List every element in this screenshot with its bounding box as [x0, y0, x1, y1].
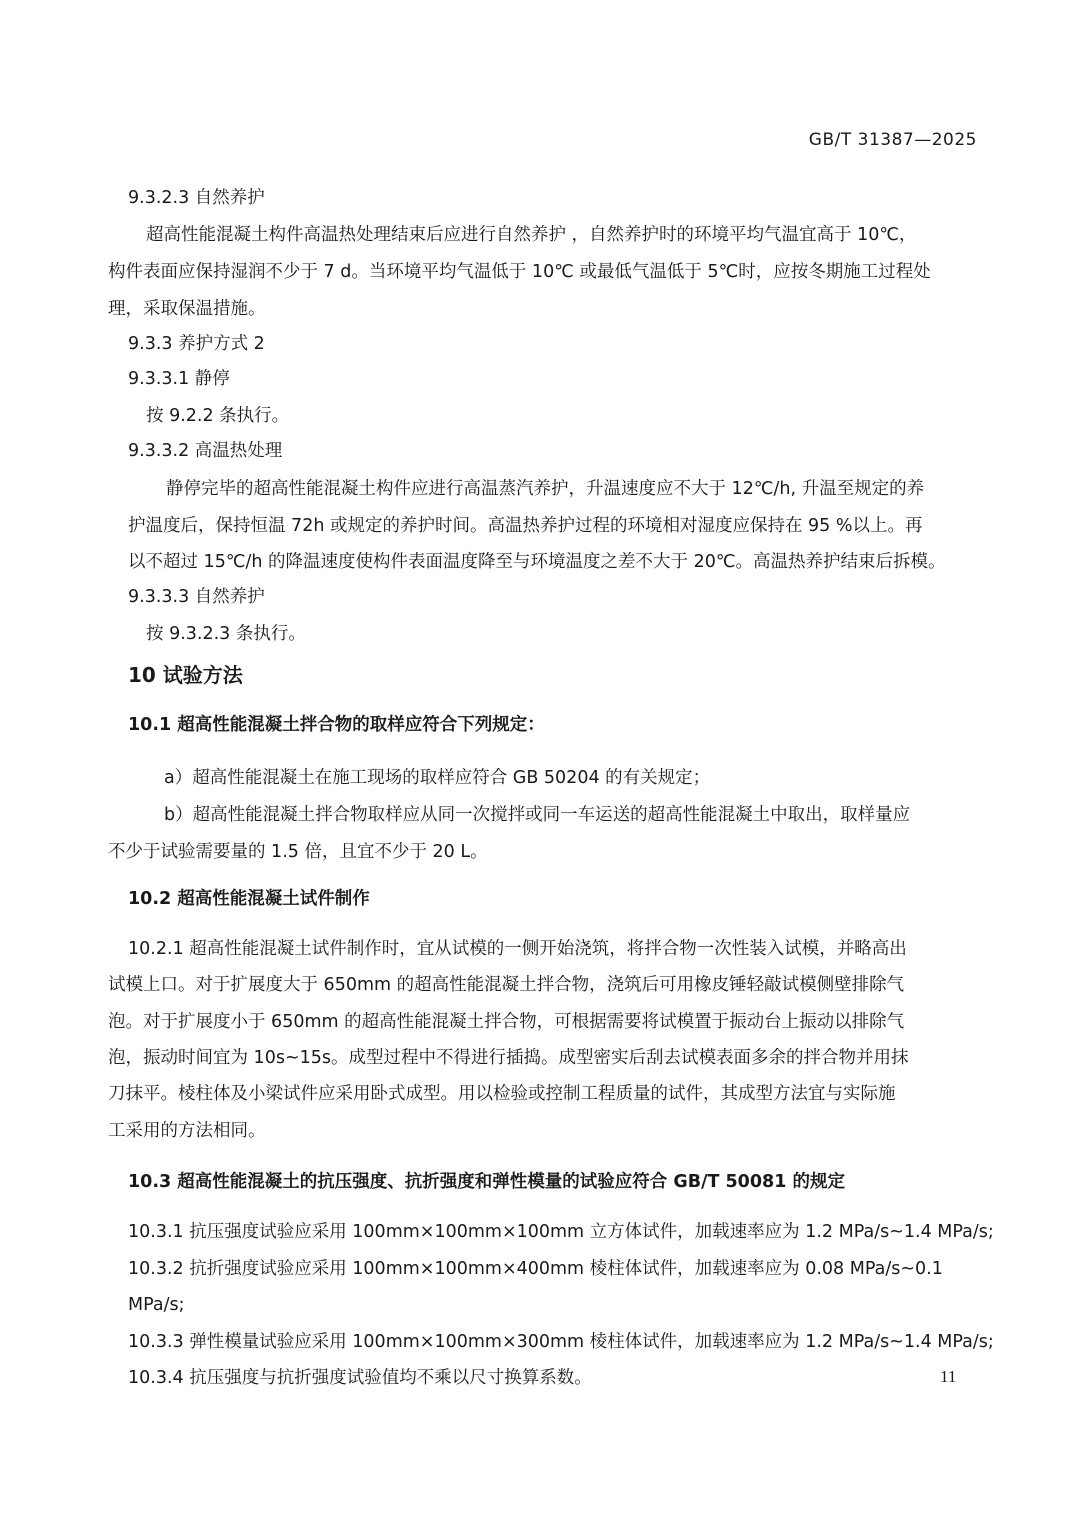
paragraph-line: 泡。对于扩展度小于 650mm 的超高性能混凝土拌合物，可根据需要将试模置于振动…: [108, 1010, 904, 1034]
paragraph-line: MPa/s;: [128, 1293, 185, 1317]
clause-10-3-3: 10.3.3 弹性模量试验应采用 100mm×100mm×300mm 棱柱体试件…: [128, 1330, 994, 1354]
paragraph-line: 构件表面应保持湿润不少于 7 d。当环境平均气温低于 10℃ 或最低气温低于 5…: [108, 260, 931, 284]
heading-9-3-2-3: 9.3.2.3 自然养护: [128, 186, 265, 210]
paragraph-line: 按 9.3.2.3 条执行。: [146, 622, 306, 646]
paragraph-line: 以不超过 15℃/h 的降温速度使构件表面温度降至与环境温度之差不大于 20℃。…: [128, 550, 946, 574]
heading-9-3-3-2: 9.3.3.2 高温热处理: [128, 439, 282, 463]
paragraph-line: 泡，振动时间宜为 10s~15s。成型过程中不得进行插捣。成型密实后刮去试模表面…: [108, 1046, 909, 1070]
chapter-heading-10: 10 试验方法: [128, 663, 243, 687]
clause-10-3-4: 10.3.4 抗压强度与抗折强度试验值均不乘以尺寸换算系数。: [128, 1366, 592, 1390]
paragraph-line: 工采用的方法相同。: [108, 1119, 266, 1143]
clause-10-3-2: 10.3.2 抗折强度试验应采用 100mm×100mm×400mm 棱柱体试件…: [128, 1257, 943, 1281]
paragraph-line: 护温度后，保持恒温 72h 或规定的养护时间。高温热养护过程的环境相对湿度应保持…: [128, 514, 923, 538]
heading-10-2: 10.2 超高性能混凝土试件制作: [128, 887, 370, 911]
paragraph-line: 刀抹平。棱柱体及小梁试件应采用卧式成型。用以检验或控制工程质量的试件，其成型方法…: [108, 1082, 896, 1106]
paragraph-line: 按 9.2.2 条执行。: [146, 404, 289, 428]
paragraph-line: 试模上口。对于扩展度大于 650mm 的超高性能混凝土拌合物，浇筑后可用橡皮锤轻…: [108, 973, 904, 997]
clause-10-3-1: 10.3.1 抗压强度试验应采用 100mm×100mm×100mm 立方体试件…: [128, 1220, 994, 1244]
page-number: 11: [940, 1367, 956, 1387]
list-item-a: a）超高性能混凝土在施工现场的取样应符合 GB 50204 的有关规定；: [164, 766, 710, 790]
heading-9-3-3-3: 9.3.3.3 自然养护: [128, 585, 265, 609]
paragraph-line: 不少于试验需要量的 1.5 倍，且宜不少于 20 L。: [108, 840, 488, 864]
heading-9-3-3-1: 9.3.3.1 静停: [128, 367, 230, 391]
heading-10-1: 10.1 超高性能混凝土拌合物的取样应符合下列规定：: [128, 713, 545, 737]
heading-10-3: 10.3 超高性能混凝土的抗压强度、抗折强度和弹性模量的试验应符合 GB/T 5…: [128, 1170, 845, 1194]
paragraph-line: 静停完毕的超高性能混凝土构件应进行高温蒸汽养护，升温速度应不大于 12℃/h, …: [166, 477, 924, 501]
list-item-b: b）超高性能混凝土拌合物取样应从同一次搅拌或同一车运送的超高性能混凝土中取出，取…: [164, 803, 910, 827]
paragraph-line: 超高性能混凝土构件高温热处理结束后应进行自然养护 ，自然养护时的环境平均气温宜高…: [146, 223, 917, 247]
paragraph-line: 理，采取保温措施。: [108, 297, 266, 321]
heading-9-3-3: 9.3.3 养护方式 2: [128, 332, 265, 356]
standard-number-header: GB/T 31387—2025: [809, 128, 977, 152]
paragraph-line: 10.2.1 超高性能混凝土试件制作时，宜从试模的一侧开始浇筑，将拌合物一次性装…: [128, 937, 907, 961]
